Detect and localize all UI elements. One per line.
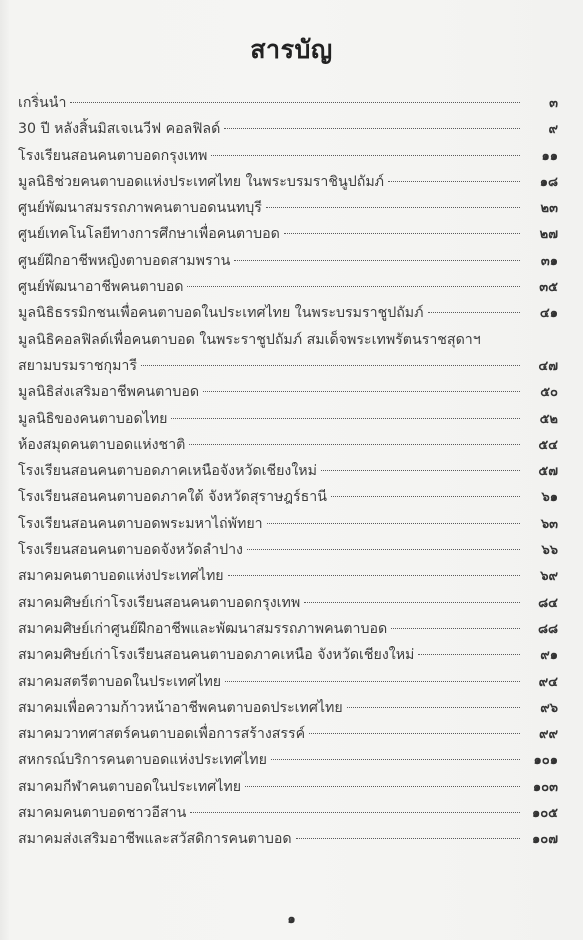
toc-entry-label: 30 ปี หลังสิ้นมิสเจเนวีฟ คอลฟิลด์ (18, 116, 220, 142)
toc-entry-page: ๖๑ (524, 485, 558, 511)
toc-entry: สมาคมศิษย์เก่าโรงเรียนสอนคนตาบอดภาคเหนือ… (18, 642, 558, 668)
toc-entry: มูลนิธิส่งเสริมอาชีพคนตาบอด ๕๐ (18, 379, 558, 405)
toc-entry-label: สมาคมคนตาบอดชาวอีสาน (18, 800, 186, 826)
toc-entry-label: สมาคมส่งเสริมอาชีพและสวัสดิการคนตาบอด (18, 826, 292, 852)
toc-entry-page: ๑๑ (524, 144, 558, 170)
toc-entry: เกริ่นนำ ๓ (18, 90, 558, 116)
toc-entry: โรงเรียนสอนคนตาบอดภาคเหนือจังหวัดเชียงให… (18, 458, 558, 484)
toc-entry-label: มูลนิธิส่งเสริมอาชีพคนตาบอด (18, 379, 199, 405)
toc-entry: มูลนิธิของคนตาบอดไทย ๕๒ (18, 406, 558, 432)
toc-entry-page: ๑๐๕ (524, 801, 558, 827)
toc-entry: โรงเรียนสอนคนตาบอดภาคใต้ จังหวัดสุราษฎร์… (18, 484, 558, 510)
dot-leader (234, 260, 520, 261)
toc-entry-page: ๑๐๓ (524, 775, 558, 801)
toc-entry-label: มูลนิธิคอลฟิลด์เพื่อคนตาบอด ในพระราชูปถั… (18, 327, 481, 353)
toc-entry: สมาคมสตรีตาบอดในประเทศไทย ๙๔ (18, 669, 558, 695)
toc-entry-page: ๒๗ (524, 222, 558, 248)
toc-entry-label: ศูนย์พัฒนาสมรรถภาพคนตาบอดนนทบุรี (18, 195, 262, 221)
toc-entry-page: ๕๔ (524, 433, 558, 459)
toc-entry: ห้องสมุดคนตาบอดแห่งชาติ ๕๔ (18, 432, 558, 458)
toc-entry-page: ๙๑ (524, 643, 558, 669)
dot-leader (304, 602, 520, 603)
toc-entry: สหกรณ์บริการคนตาบอดแห่งประเทศไทย ๑๐๑ (18, 747, 558, 773)
toc-entry-label: ศูนย์เทคโนโลยีทางการศึกษาเพื่อคนตาบอด (18, 221, 280, 247)
toc-entry-page: ๖๙ (524, 564, 558, 590)
toc-entry: ศูนย์ฝึกอาชีพหญิงตาบอดสามพราน ๓๑ (18, 248, 558, 274)
toc-entry: โรงเรียนสอนคนตาบอดจังหวัดลำปาง ๖๖ (18, 537, 558, 563)
dot-leader (224, 128, 520, 129)
toc-entry: สมาคมวาทศาสตร์คนตาบอดเพื่อการสร้างสรรค์ … (18, 721, 558, 747)
toc-entry-page: ๓ (524, 91, 558, 117)
toc-entry-label-continuation: สยามบรมราชกุมารี (18, 353, 137, 379)
dot-leader (347, 707, 520, 708)
dot-leader (267, 523, 520, 524)
toc-entry-label: โรงเรียนสอนคนตาบอดพระมหาไถ่พัทยา (18, 511, 263, 537)
toc-entry: สมาคมส่งเสริมอาชีพและสวัสดิการคนตาบอด ๑๐… (18, 826, 558, 852)
toc-entry: โรงเรียนสอนคนตาบอดกรุงเทพ ๑๑ (18, 143, 558, 169)
toc-entry-page: ๑๘ (524, 170, 558, 196)
toc-entry-page: ๘๔ (524, 591, 558, 617)
dot-leader (266, 207, 520, 208)
toc-entry-continuation: สยามบรมราชกุมารี ๔๗ (18, 353, 558, 379)
dot-leader (245, 786, 520, 787)
toc-entry: สมาคมคนตาบอดชาวอีสาน ๑๐๕ (18, 800, 558, 826)
dot-leader (187, 286, 520, 287)
toc-entry: มูลนิธิช่วยคนตาบอดแห่งประเทศไทย ในพระบรม… (18, 169, 558, 195)
toc-entry: สมาคมศิษย์เก่าโรงเรียนสอนคนตาบอดกรุงเทพ … (18, 590, 558, 616)
toc-entry-page: ๕๐ (524, 380, 558, 406)
toc-entry-page: ๒๓ (524, 196, 558, 222)
toc-entry-page: ๘๘ (524, 617, 558, 643)
dot-leader (321, 470, 520, 471)
dot-leader (271, 759, 520, 760)
toc-entry: โรงเรียนสอนคนตาบอดพระมหาไถ่พัทยา ๖๓ (18, 511, 558, 537)
dot-leader (418, 654, 520, 655)
document-page: สารบัญ เกริ่นนำ ๓ 30 ปี หลังสิ้นมิสเจเนว… (0, 0, 583, 940)
dot-leader (211, 155, 520, 156)
dot-leader (331, 496, 520, 497)
toc-entry-page: ๙ (524, 117, 558, 143)
toc-entry-label: ศูนย์ฝึกอาชีพหญิงตาบอดสามพราน (18, 248, 230, 274)
toc-entry-label: ศูนย์พัฒนาอาชีพคนตาบอด (18, 274, 183, 300)
toc-entry-page: ๓๑ (524, 249, 558, 275)
dot-leader (225, 681, 520, 682)
dot-leader (228, 575, 520, 576)
toc-entry-page: ๙๔ (524, 670, 558, 696)
dot-leader (141, 365, 520, 366)
toc-entry-label: สหกรณ์บริการคนตาบอดแห่งประเทศไทย (18, 747, 267, 773)
dot-leader (190, 812, 520, 813)
toc-entry-label: โรงเรียนสอนคนตาบอดภาคใต้ จังหวัดสุราษฎร์… (18, 484, 327, 510)
toc-entry-page: ๙๖ (524, 696, 558, 722)
toc-entry-first-line: มูลนิธิคอลฟิลด์เพื่อคนตาบอด ในพระราชูปถั… (18, 327, 558, 353)
toc-entry: สมาคมศิษย์เก่าศูนย์ฝึกอาชีพและพัฒนาสมรรถ… (18, 616, 558, 642)
toc-entry-label: มูลนิธิช่วยคนตาบอดแห่งประเทศไทย ในพระบรม… (18, 169, 384, 195)
toc-entry-label: สมาคมศิษย์เก่าโรงเรียนสอนคนตาบอดกรุงเทพ (18, 590, 300, 616)
dot-leader (284, 233, 520, 234)
toc-entry: 30 ปี หลังสิ้นมิสเจเนวีฟ คอลฟิลด์ ๙ (18, 116, 558, 142)
toc-entry-page: ๕๒ (524, 407, 558, 433)
toc-entry-label: สมาคมสตรีตาบอดในประเทศไทย (18, 669, 221, 695)
toc-entry: ศูนย์เทคโนโลยีทางการศึกษาเพื่อคนตาบอด ๒๗ (18, 221, 558, 247)
toc-entry-page: ๙๙ (524, 722, 558, 748)
toc-entry-page: ๔๗ (524, 354, 558, 380)
toc-entry-label: สมาคมศิษย์เก่าศูนย์ฝึกอาชีพและพัฒนาสมรรถ… (18, 616, 387, 642)
toc-entry-label: โรงเรียนสอนคนตาบอดกรุงเทพ (18, 143, 207, 169)
toc-entry-label: สมาคมศิษย์เก่าโรงเรียนสอนคนตาบอดภาคเหนือ… (18, 642, 414, 668)
toc-entry-page: ๑๐๑ (524, 748, 558, 774)
toc-entry-label: สมาคมกีฬาคนตาบอดในประเทศไทย (18, 774, 241, 800)
toc-entry-page: ๑๐๗ (524, 827, 558, 853)
toc-entry-label: มูลนิธิธรรมิกชนเพื่อคนตาบอดในประเทศไทย ใ… (18, 300, 424, 326)
toc-entry-label: เกริ่นนำ (18, 90, 66, 116)
toc-entry: ศูนย์พัฒนาสมรรถภาพคนตาบอดนนทบุรี ๒๓ (18, 195, 558, 221)
dot-leader (70, 102, 520, 103)
toc-entry-label: โรงเรียนสอนคนตาบอดภาคเหนือจังหวัดเชียงให… (18, 458, 317, 484)
toc-entry: มูลนิธิธรรมิกชนเพื่อคนตาบอดในประเทศไทย ใ… (18, 300, 558, 326)
dot-leader (171, 418, 520, 419)
toc-entry-page: ๖๖ (524, 538, 558, 564)
table-of-contents: เกริ่นนำ ๓ 30 ปี หลังสิ้นมิสเจเนวีฟ คอลฟ… (18, 90, 558, 853)
toc-entry-page: ๖๓ (524, 512, 558, 538)
page-title: สารบัญ (0, 30, 583, 70)
toc-entry: สมาคมเพื่อความก้าวหน้าอาชีพคนตาบอดประเทศ… (18, 695, 558, 721)
dot-leader (388, 181, 520, 182)
toc-entry: สมาคมกีฬาคนตาบอดในประเทศไทย ๑๐๓ (18, 774, 558, 800)
toc-entry: สมาคมคนตาบอดแห่งประเทศไทย ๖๙ (18, 563, 558, 589)
toc-entry-page: ๔๑ (524, 301, 558, 327)
dot-leader (428, 312, 520, 313)
toc-entry-page: ๕๗ (524, 459, 558, 485)
dot-leader (309, 733, 520, 734)
toc-entry-page: ๓๕ (524, 275, 558, 301)
toc-entry-label: สมาคมวาทศาสตร์คนตาบอดเพื่อการสร้างสรรค์ (18, 721, 305, 747)
toc-entry-label: โรงเรียนสอนคนตาบอดจังหวัดลำปาง (18, 537, 243, 563)
toc-entry-label: สมาคมคนตาบอดแห่งประเทศไทย (18, 563, 224, 589)
dot-leader (247, 549, 520, 550)
dot-leader (296, 838, 520, 839)
toc-entry-label: มูลนิธิของคนตาบอดไทย (18, 406, 167, 432)
toc-entry-label: ห้องสมุดคนตาบอดแห่งชาติ (18, 432, 185, 458)
dot-leader (203, 391, 520, 392)
page-number: ๑ (0, 908, 583, 929)
dot-leader (189, 444, 520, 445)
toc-entry-label: สมาคมเพื่อความก้าวหน้าอาชีพคนตาบอดประเทศ… (18, 695, 343, 721)
dot-leader (391, 628, 520, 629)
toc-entry: ศูนย์พัฒนาอาชีพคนตาบอด ๓๕ (18, 274, 558, 300)
